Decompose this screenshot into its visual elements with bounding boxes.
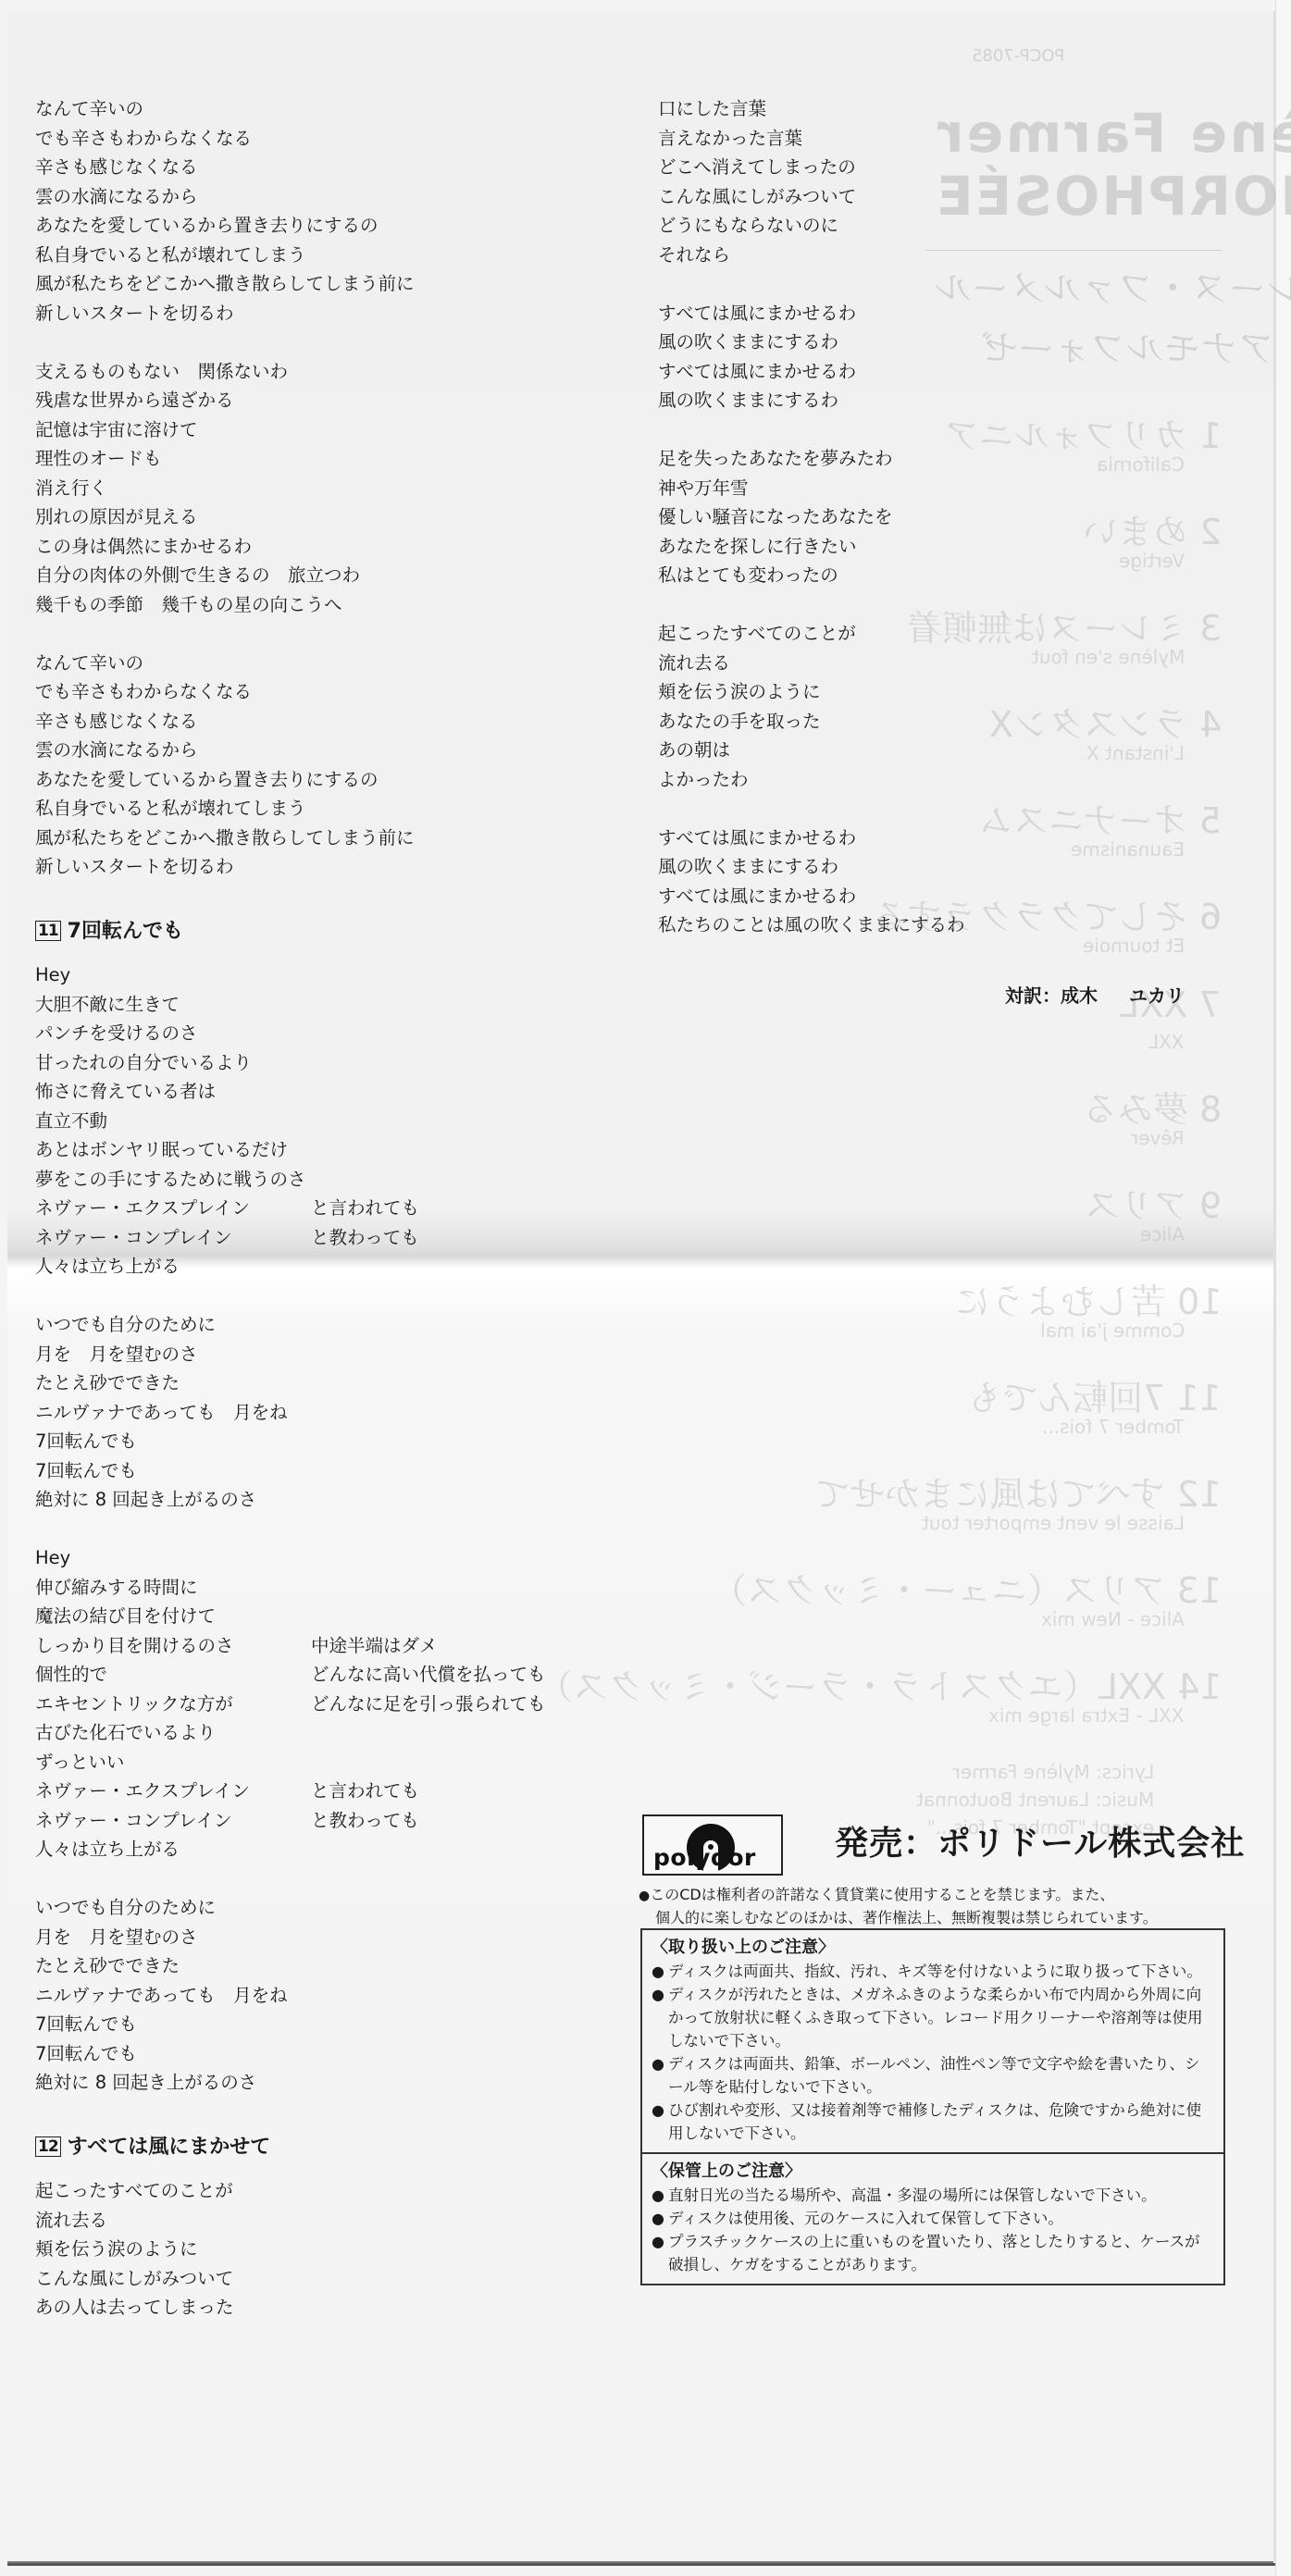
bleed-track: 14 XXL（エクストラ・ラージ・ミックス）XXL - Extra large …: [888, 1658, 1222, 1754]
lyric-line: でも辛さもわからなくなる: [35, 677, 627, 707]
notice-text: 直射日光の当たる場所や、高温・多湿の場所には保管しないで下さい。: [668, 2184, 1214, 2207]
publisher-name: 発売：ポリドール株式会社: [835, 1817, 1245, 1864]
bleed-track-name: アリス（ニュー・ミックス）: [712, 1570, 1166, 1611]
lyric-line: 自分の肉体の外側で生きるの 旅立つわ: [35, 561, 627, 590]
song11-lyrics: Hey大胆不敵に生きてパンチを受けるのさ甘ったれの自分でいるより怖さに脅えている…: [35, 960, 627, 2098]
lyric-line: こんな風にしがみついて: [658, 182, 1250, 212]
notice-text: ディスクは両面共、指紋、汚れ、キズ等を付けないように取り扱って下さい。: [668, 1960, 1214, 1983]
lyric-stanza: なんて辛いのでも辛さもわからなくなる辛さも感じなくなる雲の水滴になるからあなたを…: [35, 94, 627, 328]
lyric-line: 風の吹くままにするわ: [658, 852, 1250, 882]
bleed-track-original: Rêver: [1131, 1127, 1185, 1149]
lyric-stanza: 起こったすべてのことが流れ去る頬を伝う涙のようにあなたの手を取ったあの朝はよかっ…: [658, 619, 1250, 794]
lyric-line: なんて辛いの: [35, 94, 627, 124]
bleed-track-name: すべては風にまかせて: [814, 1474, 1165, 1515]
page-edge: [1275, 0, 1291, 2576]
lyric-line: 人々は立ち上がる: [35, 1252, 627, 1282]
lyric-text: 伸び縮みする時間に: [35, 1573, 198, 1603]
lyric-text: パンチを受けるのさ: [35, 1019, 198, 1048]
lyric-text: 個性的で: [35, 1660, 107, 1690]
lyric-stanza: なんて辛いのでも辛さもわからなくなる辛さも感じなくなる雲の水滴になるからあなたを…: [35, 649, 627, 882]
bleed-track-title: 11 7回転んでも: [967, 1369, 1222, 1420]
lyric-line: あの人は去ってしまった: [35, 2293, 627, 2322]
lyric-line: ネヴァー・エクスプレインと言われても: [35, 1777, 627, 1806]
bullet-icon: ●: [652, 2230, 668, 2276]
translator-given-name: ユカリ: [1129, 981, 1185, 1008]
song-heading-12: 12 すべては風にまかせて: [35, 2133, 627, 2162]
bullet-icon: ●: [652, 1983, 668, 2052]
lyric-text: 人々は立ち上がる: [35, 1252, 180, 1282]
lyric-text: ニルヴァナであっても 月をね: [35, 1981, 288, 2011]
lyric-line: 個性的でどんなに高い代償を払っても: [35, 1660, 627, 1690]
notice-item: ●ディスクは両面共、指紋、汚れ、キズ等を付けないように取り扱って下さい。: [652, 1960, 1214, 1983]
care-instructions-box: 〈取り扱い上のご注意〉 ●ディスクは両面共、指紋、汚れ、キズ等を付けないように取…: [640, 1928, 1225, 2285]
song12-lyrics: 起こったすべてのことが流れ去る頬を伝う涙のようにこんな風にしがみついてあの人は去…: [35, 2176, 627, 2322]
credit-label: 対訳：: [1005, 981, 1061, 1008]
polydor-logo: polydor: [642, 1814, 783, 1876]
lyric-text: 直立不動: [35, 1107, 107, 1136]
bleed-track-original: Comme j'ai mal: [1040, 1319, 1185, 1342]
page-bottom-edge: [7, 2563, 1275, 2566]
notice-item: ●ディスクは両面共、鉛筆、ボールペン、油性ペン等で文字や絵を書いたり、シール等を…: [652, 2052, 1214, 2099]
bleed-track: 10 苦しむようにComme j'ai mal: [888, 1273, 1222, 1369]
lyric-line: 流れ去る: [658, 649, 1250, 678]
lyric-line: 辛さも感じなくなる: [35, 153, 627, 182]
lyric-response-text: と教わっても: [311, 1223, 419, 1253]
storage-title: 〈保管上のご注意〉: [652, 2160, 1214, 2184]
lyric-line: 甘ったれの自分でいるより: [35, 1048, 627, 1078]
bleed-track: 12 すべては風にまかせてLaisse le vent emporter tou…: [888, 1466, 1222, 1562]
lyric-line: 言えなかった言葉: [658, 124, 1250, 154]
lyric-line: たとえ砂でできた: [35, 1368, 627, 1398]
bleed-track-number: 8: [1199, 1089, 1222, 1130]
notice-item: ●直射日光の当たる場所や、高温・多湿の場所には保管しないで下さい。: [652, 2184, 1214, 2207]
lyric-line: 優しい騒音になったあなたを: [658, 502, 1250, 532]
lyric-line: あなたを探しに行きたい: [658, 532, 1250, 562]
lyric-line: 私たちのことは風の吹くままにするわ: [658, 910, 1250, 940]
bleed-track: 9 アリスAlice: [888, 1177, 1222, 1273]
lyric-line: 支えるものもない 関係ないわ: [35, 357, 627, 387]
notice-item: ●プラスチックケースの上に重いものを置いたり、落としたりすると、ケースが破損し、…: [652, 2230, 1214, 2276]
lyric-text: あとはボンヤリ眠っているだけ: [35, 1135, 288, 1165]
lyric-line: Hey: [35, 1543, 627, 1573]
lyric-text: 魔法の結び目を付けて: [35, 1602, 216, 1631]
bleed-track-number: 7: [1199, 985, 1222, 1025]
bleed-catalog-number: POCP-7085: [972, 46, 1064, 66]
bleed-track-original: XXL - Extra large mix: [988, 1704, 1185, 1727]
bleed-track-original: Alice: [1140, 1223, 1185, 1245]
bullet-icon: ●: [639, 1889, 650, 1903]
lyric-text: ネヴァー・エクスプレイン: [35, 1777, 250, 1806]
lyric-line: でも辛さもわからなくなる: [35, 124, 627, 154]
lyric-text: 夢をこの手にするために戦うのさ: [35, 1165, 306, 1195]
song12-continued-lyrics: 口にした言葉言えなかった言葉どこへ消えてしまったのこんな風にしがみついてどうにも…: [658, 94, 1250, 940]
bullet-icon: ●: [652, 2184, 668, 2207]
bleed-track-name: 7回転んでも: [967, 1378, 1165, 1418]
bleed-track-number: 10: [1177, 1282, 1222, 1322]
lyric-line: 7回転んでも: [35, 1427, 627, 1456]
lyric-text: たとえ砂でできた: [35, 1951, 180, 1981]
lyric-line: 新しいスタートを切るわ: [35, 852, 627, 882]
bleed-track-original: XXL: [1148, 1031, 1185, 1053]
lyric-line: すべては風にまかせるわ: [658, 299, 1250, 328]
lyric-line: 怖さに脅えている者は: [35, 1077, 627, 1107]
lyric-line: 新しいスタートを切るわ: [35, 299, 627, 328]
lyric-line: すべては風にまかせるわ: [658, 824, 1250, 853]
lyric-line: 7回転んでも: [35, 2010, 627, 2039]
lyric-line: 起こったすべてのことが: [35, 2176, 627, 2206]
bleed-track-number: 14: [1177, 1666, 1222, 1707]
notice-text: ひび割れや変形、又は接着剤等で補修したディスクは、危険ですから絶対に使用しないで…: [668, 2099, 1214, 2145]
lyric-line: エキセントリックな方がどんなに足を引っ張られても: [35, 1690, 627, 1719]
lyric-line: 伸び縮みする時間に: [35, 1573, 627, 1603]
lyric-line: ネヴァー・コンプレインと教わっても: [35, 1806, 627, 1836]
bleed-track: 13 アリス（ニュー・ミックス）Alice - New mix: [888, 1562, 1222, 1658]
lyric-line: 風の吹くままにするわ: [658, 386, 1250, 415]
lyric-line: パンチを受けるのさ: [35, 1019, 627, 1048]
bleed-track-number: 11: [1177, 1378, 1222, 1418]
lyric-line: 7回転んでも: [35, 1456, 627, 1486]
lyric-line: いつでも自分のために: [35, 1310, 627, 1340]
lyric-line: あなたを愛しているから置き去りにするの: [35, 211, 627, 241]
lyric-line: こんな風にしがみついて: [35, 2264, 627, 2294]
lyric-text: ネヴァー・コンプレイン: [35, 1223, 232, 1253]
lyric-line: 消え行く: [35, 474, 627, 503]
lyric-text: 怖さに脅えている者は: [35, 1077, 216, 1107]
lyric-line: 残虐な世界から遠ざかる: [35, 386, 627, 415]
lyric-line: たとえ砂でできた: [35, 1951, 627, 1981]
lyric-line: 私はとても変わったの: [658, 561, 1250, 590]
lyric-line: どこへ消えてしまったの: [658, 153, 1250, 182]
lyric-line: ネヴァー・エクスプレインと言われても: [35, 1194, 627, 1223]
lyric-line: なんて辛いの: [35, 649, 627, 678]
lyric-line: 私自身でいると私が壊れてしまう: [35, 241, 627, 270]
lyric-line: 直立不動: [35, 1107, 627, 1136]
lyric-line: ニルヴァナであっても 月をね: [35, 1981, 627, 2011]
lyric-text: 絶対に 8 回起き上がるのさ: [35, 2068, 256, 2098]
bleed-track-title: 10 苦しむように: [955, 1273, 1222, 1324]
lyric-line: あなたを愛しているから置き去りにするの: [35, 765, 627, 795]
storage-precautions: 〈保管上のご注意〉 ●直射日光の当たる場所や、高温・多湿の場所には保管しないで下…: [642, 2152, 1223, 2284]
lyric-stanza: 足を失ったあなたを夢みたわ神や万年雪優しい騒音になったあなたをあなたを探しに行き…: [658, 444, 1250, 590]
track-number-badge: 12: [35, 2136, 61, 2157]
lyric-stanza: 支えるものもない 関係ないわ残虐な世界から遠ざかる記憶は宇宙に溶けて理性のオード…: [35, 357, 627, 620]
handling-precautions: 〈取り扱い上のご注意〉 ●ディスクは両面共、指紋、汚れ、キズ等を付けないように取…: [642, 1930, 1223, 2152]
lyric-line: すべては風にまかせるわ: [658, 357, 1250, 387]
lyric-line: あなたの手を取った: [658, 707, 1250, 737]
lyric-line: 絶対に 8 回起き上がるのさ: [35, 1485, 627, 1515]
lyric-text: 絶対に 8 回起き上がるのさ: [35, 1485, 256, 1515]
lyric-line: 私自身でいると私が壊れてしまう: [35, 794, 627, 824]
bleed-track-original: Laisse le vent emporter tout: [922, 1512, 1185, 1534]
lyric-stanza: いつでも自分のために月を 月を望むのさたとえ砂でできたニルヴァナであっても 月を…: [35, 1310, 627, 1515]
lyric-line: 人々は立ち上がる: [35, 1835, 627, 1864]
song-title: すべては風にまかせて: [68, 2133, 271, 2162]
lyric-line: ずっといい: [35, 1748, 627, 1777]
translation-credit: 対訳：成木ユカリ: [1005, 981, 1185, 1008]
copyright-line: 個人的に楽しむなどのほかは、著作権法上、無断複製は禁じられています。: [655, 1909, 1158, 1926]
copyright-line: このCDは権利者の許諾なく賃貸業に使用することを禁じます。また、: [650, 1886, 1114, 1903]
lyric-stanza: Hey伸び縮みする時間に魔法の結び目を付けてしっかり目を開けるのさ中途半端はダメ…: [35, 1543, 627, 1864]
copyright-notice: ●このCDは権利者の許諾なく賃貸業に使用することを禁じます。また、 個人的に楽し…: [639, 1884, 1231, 1929]
notice-text: ディスクは両面共、鉛筆、ボールペン、油性ペン等で文字や絵を書いたり、シール等を貼…: [668, 2052, 1214, 2099]
lyric-line: ネヴァー・コンプレインと教わっても: [35, 1223, 627, 1253]
lyric-text: 月を 月を望むのさ: [35, 1340, 198, 1369]
lyric-line: それなら: [658, 241, 1250, 270]
lyric-line: 別れの原因が見える: [35, 502, 627, 532]
lyric-line: 古びた化石でいるより: [35, 1718, 627, 1748]
lyric-text: ネヴァー・コンプレイン: [35, 1806, 232, 1836]
lyric-text: 大胆不敵に生きて: [35, 990, 180, 1020]
bleed-track-number: 13: [1177, 1570, 1222, 1611]
bleed-track-name: アリス: [1085, 1185, 1188, 1226]
bleed-credit-line: Music: Laurent Boutonnat: [916, 1786, 1154, 1814]
lyric-line: しっかり目を開けるのさ中途半端はダメ: [35, 1631, 627, 1661]
lyric-text: 人々は立ち上がる: [35, 1835, 180, 1864]
lyric-text: ニルヴァナであっても 月をね: [35, 1398, 288, 1428]
lyric-line: 起こったすべてのことが: [658, 619, 1250, 649]
lyric-response-text: 中途半端はダメ: [311, 1631, 438, 1661]
lyric-line: Hey: [35, 960, 627, 990]
lyric-line: ニルヴァナであっても 月をね: [35, 1398, 627, 1428]
lyric-stanza: 口にした言葉言えなかった言葉どこへ消えてしまったのこんな風にしがみついてどうにも…: [658, 94, 1250, 269]
lyric-stanza: すべては風にまかせるわ風の吹くままにするわすべては風にまかせるわ風の吹くままにす…: [658, 299, 1250, 415]
lyric-line: この身は偶然にまかせるわ: [35, 532, 627, 562]
lyric-response-text: と言われても: [311, 1194, 419, 1223]
lyric-line: 神や万年雪: [658, 474, 1250, 503]
lyric-line: 頬を伝う涙のように: [35, 2235, 627, 2264]
lyric-line: 足を失ったあなたを夢みたわ: [658, 444, 1250, 474]
lyric-text: 月を 月を望むのさ: [35, 1923, 198, 1952]
bleed-track-title: 12 すべては風にまかせて: [814, 1466, 1222, 1517]
bullet-icon: ●: [652, 2099, 668, 2145]
lyric-text: しっかり目を開けるのさ: [35, 1631, 234, 1661]
bleed-track-title: 14 XXL（エクストラ・ラージ・ミックス）: [538, 1658, 1222, 1709]
lyric-response-text: と言われても: [311, 1777, 419, 1806]
lyric-text: 7回転んでも: [35, 1427, 137, 1456]
lyric-text: Hey: [35, 1543, 70, 1573]
bleed-track: 8 夢みるRêver: [888, 1081, 1222, 1177]
lyric-text: いつでも自分のために: [35, 1310, 216, 1340]
bleed-track-name: XXL（エクストラ・ラージ・ミックス）: [538, 1666, 1166, 1707]
lyric-line: 口にした言葉: [658, 94, 1250, 124]
bleed-track-title: 8 夢みる: [1083, 1081, 1222, 1132]
lyric-line: いつでも自分のために: [35, 1893, 627, 1923]
lyric-line: 月を 月を望むのさ: [35, 1340, 627, 1369]
bleed-track-name: 夢みる: [1083, 1089, 1188, 1130]
bullet-icon: ●: [652, 2207, 668, 2230]
lyric-text: 甘ったれの自分でいるより: [35, 1048, 252, 1078]
lyric-line: 辛さも感じなくなる: [35, 707, 627, 737]
lyric-stanza: いつでも自分のために月を 月を望むのさたとえ砂でできたニルヴァナであっても 月を…: [35, 1893, 627, 2098]
handling-title: 〈取り扱い上のご注意〉: [652, 1936, 1214, 1960]
lyric-text: 7回転んでも: [35, 1456, 137, 1486]
bleed-track-original: Alice - New mix: [1041, 1608, 1185, 1630]
lyric-response-text: と教わっても: [311, 1806, 419, 1836]
notice-text: プラスチックケースの上に重いものを置いたり、落としたりすると、ケースが破損し、ケ…: [668, 2230, 1214, 2276]
lyric-stanza: 起こったすべてのことが流れ去る頬を伝う涙のようにこんな風にしがみついてあの人は去…: [35, 2176, 627, 2322]
bleed-track: 11 7回転んでもTomber 7 fois...: [888, 1369, 1222, 1466]
lyric-line: 風が私たちをどこかへ撒き散らしてしまう前に: [35, 824, 627, 853]
lyric-text: ずっといい: [35, 1748, 124, 1777]
bleed-track-name: 苦しむように: [955, 1282, 1166, 1322]
lyric-line: 頬を伝う涙のように: [658, 677, 1250, 707]
lyric-text: 7回転んでも: [35, 2039, 137, 2069]
lyric-line: 風が私たちをどこかへ撒き散らしてしまう前に: [35, 269, 627, 299]
bleed-track-number: 9: [1199, 1185, 1222, 1226]
lyric-line: 大胆不敵に生きて: [35, 990, 627, 1020]
lyric-line: 理性のオードも: [35, 444, 627, 474]
lyric-text: ネヴァー・エクスプレイン: [35, 1194, 250, 1223]
lyric-line: 流れ去る: [35, 2206, 627, 2235]
bleed-track-title: 9 アリス: [1085, 1177, 1222, 1228]
lyric-text: Hey: [35, 960, 70, 990]
lyrics-right-column: 口にした言葉言えなかった言葉どこへ消えてしまったのこんな風にしがみついてどうにも…: [658, 94, 1250, 969]
lyric-text: いつでも自分のために: [35, 1893, 216, 1923]
lyric-stanza: すべては風にまかせるわ風の吹くままにするわすべては風にまかせるわ私たちのことは風…: [658, 824, 1250, 940]
notice-text: ディスクが汚れたときは、メガネふきのような柔らかい布で内周から外周に向かって放射…: [668, 1983, 1214, 2052]
notice-item: ●ディスクは使用後、元のケースに入れて保管して下さい。: [652, 2207, 1214, 2230]
lyric-line: 風の吹くままにするわ: [658, 328, 1250, 357]
lyric-text: 古びた化石でいるより: [35, 1718, 216, 1748]
lyric-line: 記憶は宇宙に溶けて: [35, 415, 627, 445]
lyric-line: どうにもならないのに: [658, 211, 1250, 241]
song-title: 7回転んでも: [68, 917, 183, 947]
lyric-line: 月を 月を望むのさ: [35, 1923, 627, 1952]
lyric-line: あとはボンヤリ眠っているだけ: [35, 1135, 627, 1165]
track-number-badge: 11: [35, 921, 61, 941]
lyric-line: すべては風にまかせるわ: [658, 882, 1250, 911]
lyric-line: 雲の水滴になるから: [35, 182, 627, 212]
bullet-icon: ●: [652, 1960, 668, 1983]
bullet-icon: ●: [652, 2052, 668, 2099]
song10-continued-lyrics: なんて辛いのでも辛さもわからなくなる辛さも感じなくなる雲の水滴になるからあなたを…: [35, 94, 627, 882]
bleed-track-original: Tomber 7 fois...: [1042, 1416, 1185, 1438]
lyric-stanza: Hey大胆不敵に生きてパンチを受けるのさ甘ったれの自分でいるより怖さに脅えている…: [35, 960, 627, 1282]
logo-wordmark: polydor: [653, 1844, 756, 1871]
translator-family-name: 成木: [1061, 981, 1098, 1008]
lyric-line: 夢をこの手にするために戦うのさ: [35, 1165, 627, 1195]
bleed-track-title: 13 アリス（ニュー・ミックス）: [712, 1562, 1222, 1613]
bleed-credit-line: Lyrics: Mylène Farmer: [916, 1758, 1154, 1786]
song-heading-11: 11 7回転んでも: [35, 917, 627, 947]
lyric-line: 魔法の結び目を付けて: [35, 1602, 627, 1631]
lyric-response-text: どんなに足を引っ張られても: [311, 1690, 546, 1719]
lyric-response-text: どんなに高い代償を払っても: [311, 1660, 546, 1690]
notice-item: ●ひび割れや変形、又は接着剤等で補修したディスクは、危険ですから絶対に使用しない…: [652, 2099, 1214, 2145]
lyric-line: 絶対に 8 回起き上がるのさ: [35, 2068, 627, 2098]
lyric-text: エキセントリックな方が: [35, 1690, 233, 1719]
notice-text: ディスクは使用後、元のケースに入れて保管して下さい。: [668, 2207, 1214, 2230]
lyric-line: あの朝は: [658, 736, 1250, 765]
lyric-text: たとえ砂でできた: [35, 1368, 180, 1398]
lyric-line: よかったわ: [658, 765, 1250, 795]
lyric-text: 7回転んでも: [35, 2010, 137, 2039]
lyrics-left-column: なんて辛いのでも辛さもわからなくなる辛さも感じなくなる雲の水滴になるからあなたを…: [35, 94, 627, 2351]
lyric-line: 雲の水滴になるから: [35, 736, 627, 765]
notice-item: ●ディスクが汚れたときは、メガネふきのような柔らかい布で内周から外周に向かって放…: [652, 1983, 1214, 2052]
bleed-track-number: 12: [1177, 1474, 1222, 1515]
lyric-line: 幾千もの季節 幾千もの星の向こうへ: [35, 590, 627, 620]
lyric-line: 7回転んでも: [35, 2039, 627, 2069]
